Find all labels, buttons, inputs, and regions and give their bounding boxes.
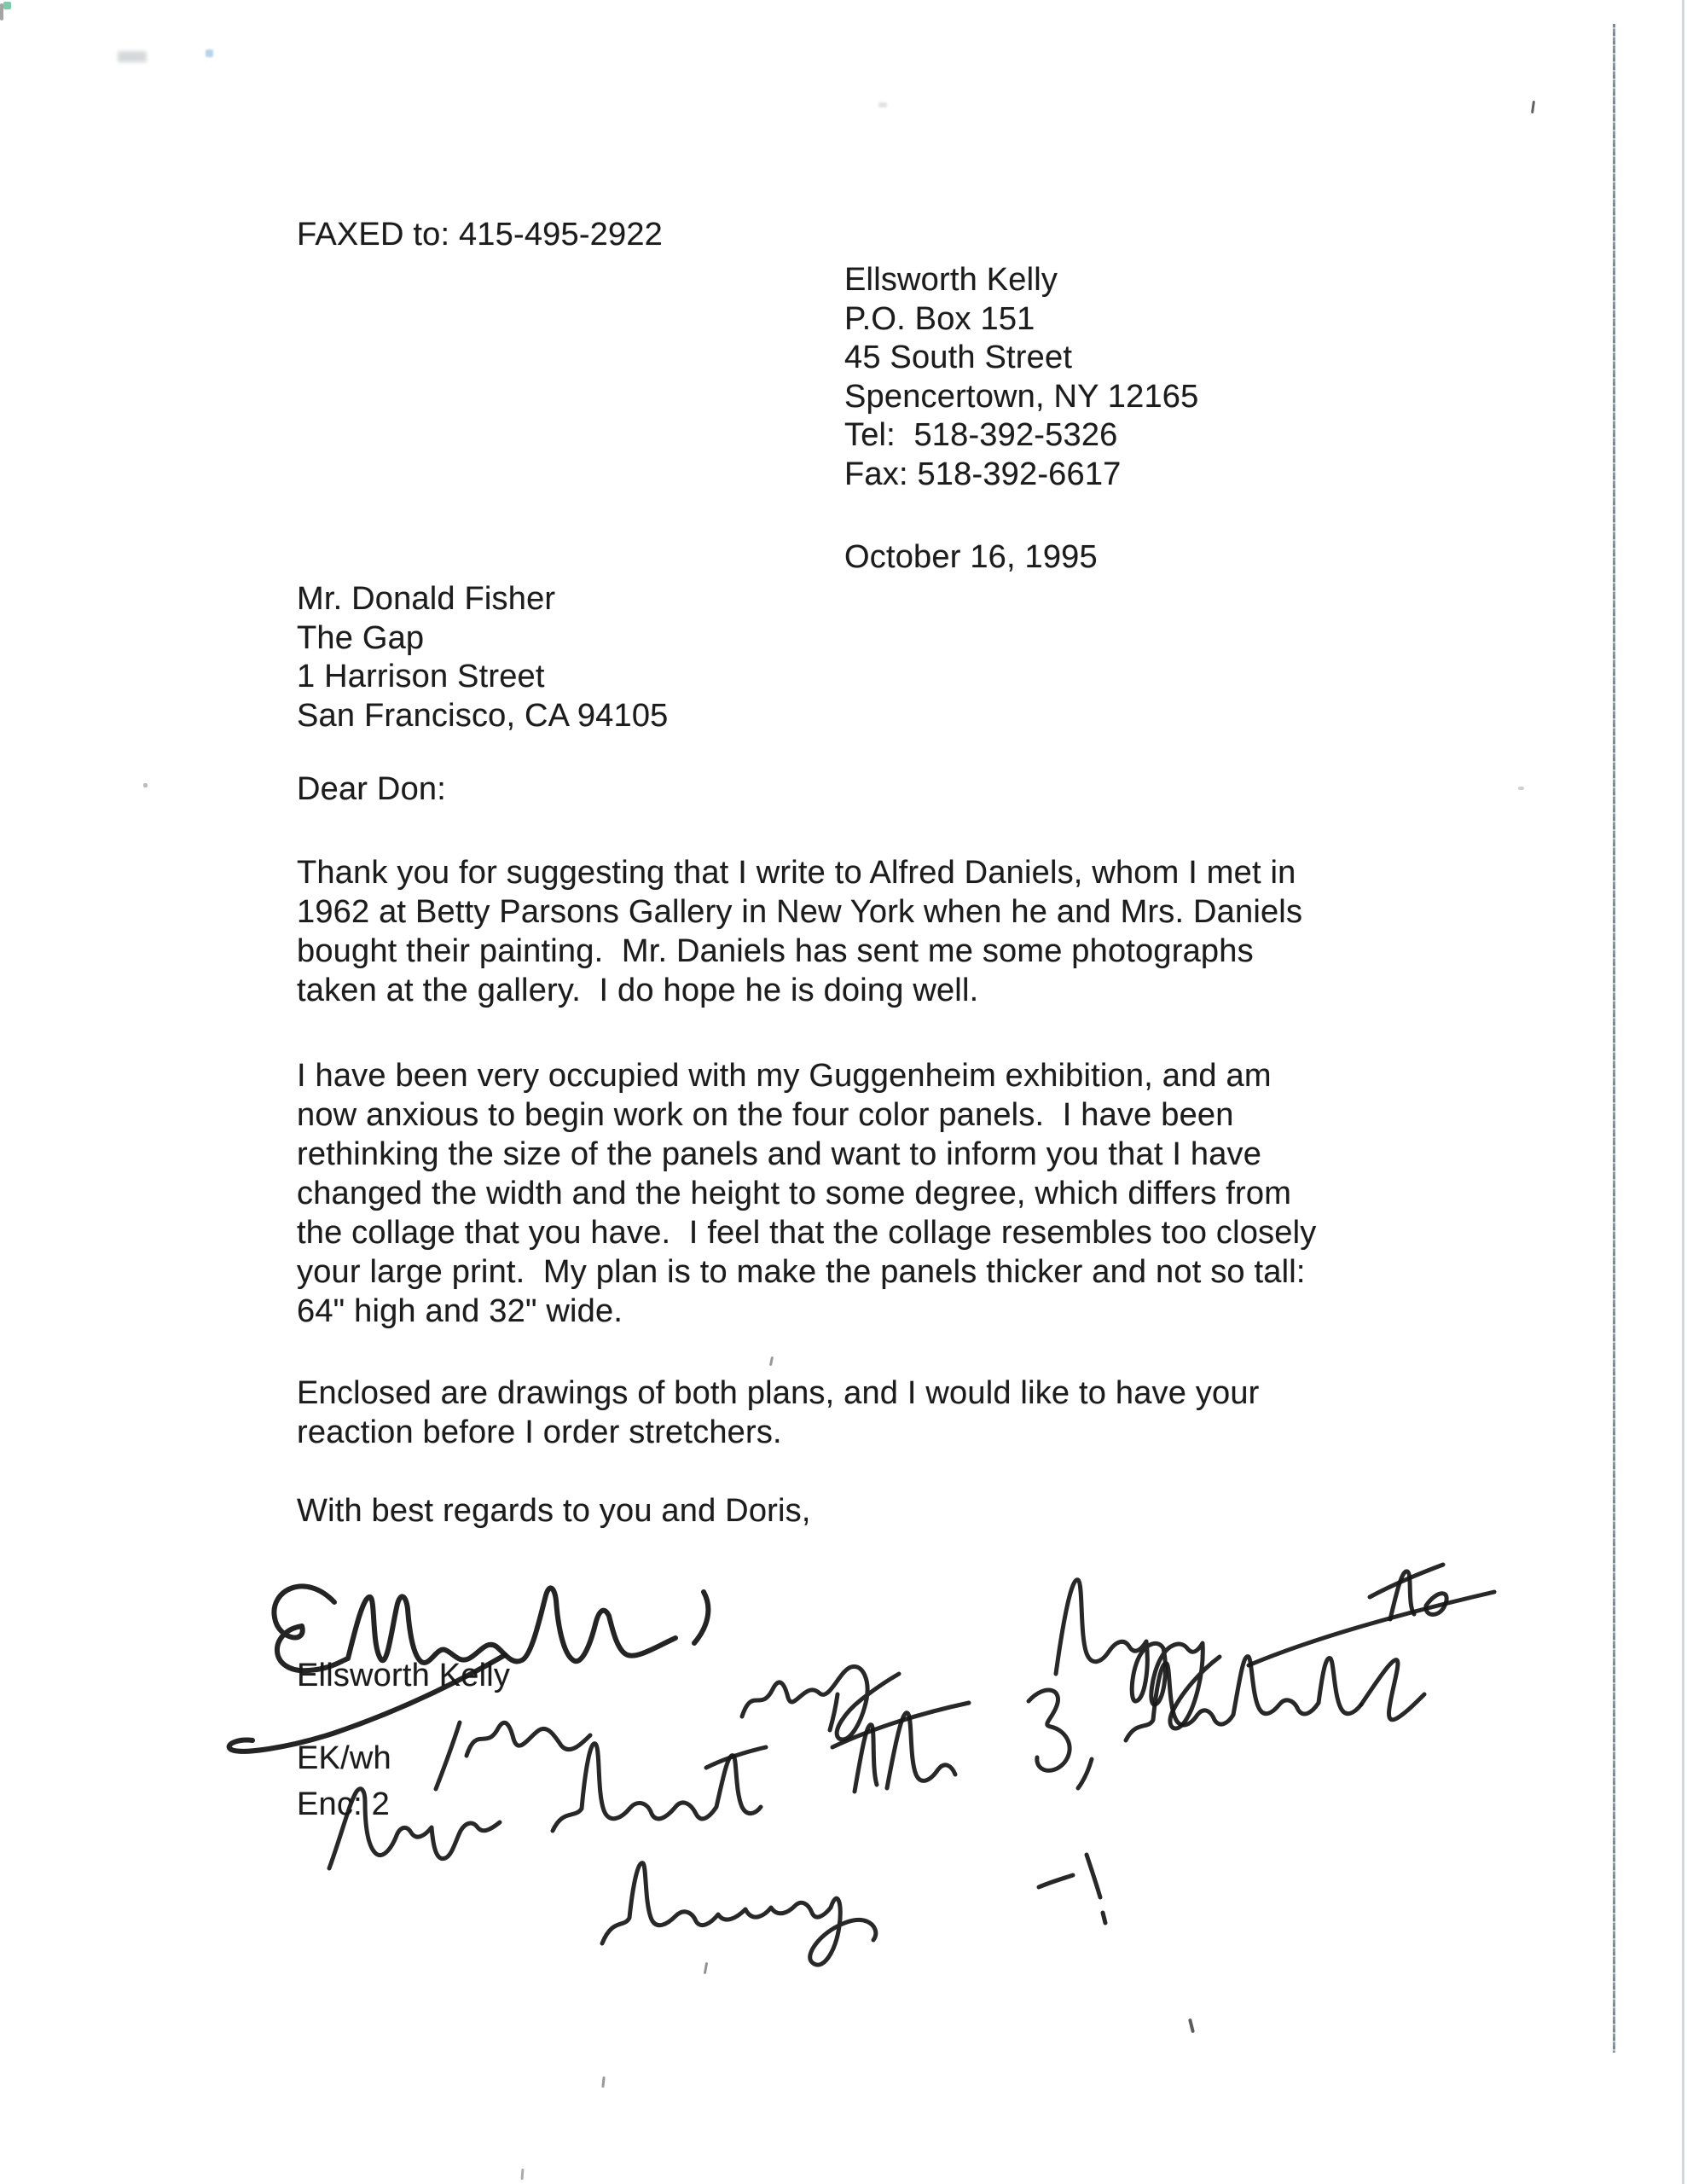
paragraph-1: Thank you for suggesting that I write to… [297, 853, 1593, 1010]
scan-speck [3, 2, 11, 9]
scan-speck [143, 783, 148, 787]
recipient-address-block: Mr. Donald Fisher The Gap 1 Harrison Str… [297, 580, 669, 735]
scan-speck [206, 49, 213, 57]
scan-speck [878, 102, 887, 107]
paragraph-2: I have been very occupied with my Guggen… [297, 1056, 1593, 1331]
salutation: Dear Don: [297, 770, 446, 809]
scanner-streak-line [1613, 24, 1615, 2053]
scan-speck [1531, 101, 1535, 113]
scan-speck [1518, 787, 1524, 790]
sender-address-block: Ellsworth Kelly P.O. Box 151 45 South St… [844, 261, 1198, 494]
page-edge-line [1682, 0, 1684, 2184]
handwritten-note-script [329, 1565, 1494, 1965]
scan-speck [0, 3, 3, 20]
scan-speck [1188, 2018, 1195, 2033]
scan-speck [601, 2077, 605, 2088]
fax-header-line: FAXED to: 415-495-2922 [297, 215, 663, 254]
scanned-letter-page: FAXED to: 415-495-2922 Ellsworth Kelly P… [0, 0, 1687, 2184]
signature-script [229, 1586, 709, 1751]
handwriting-layer [205, 1536, 1535, 2013]
paragraph-3: Enclosed are drawings of both plans, and… [297, 1374, 1593, 1452]
closing-line: With best regards to you and Doris, [297, 1491, 811, 1531]
scan-speck [521, 2169, 525, 2180]
scan-speck [769, 1356, 774, 1366]
scan-smudge [118, 51, 147, 62]
letter-date: October 16, 1995 [844, 537, 1098, 577]
